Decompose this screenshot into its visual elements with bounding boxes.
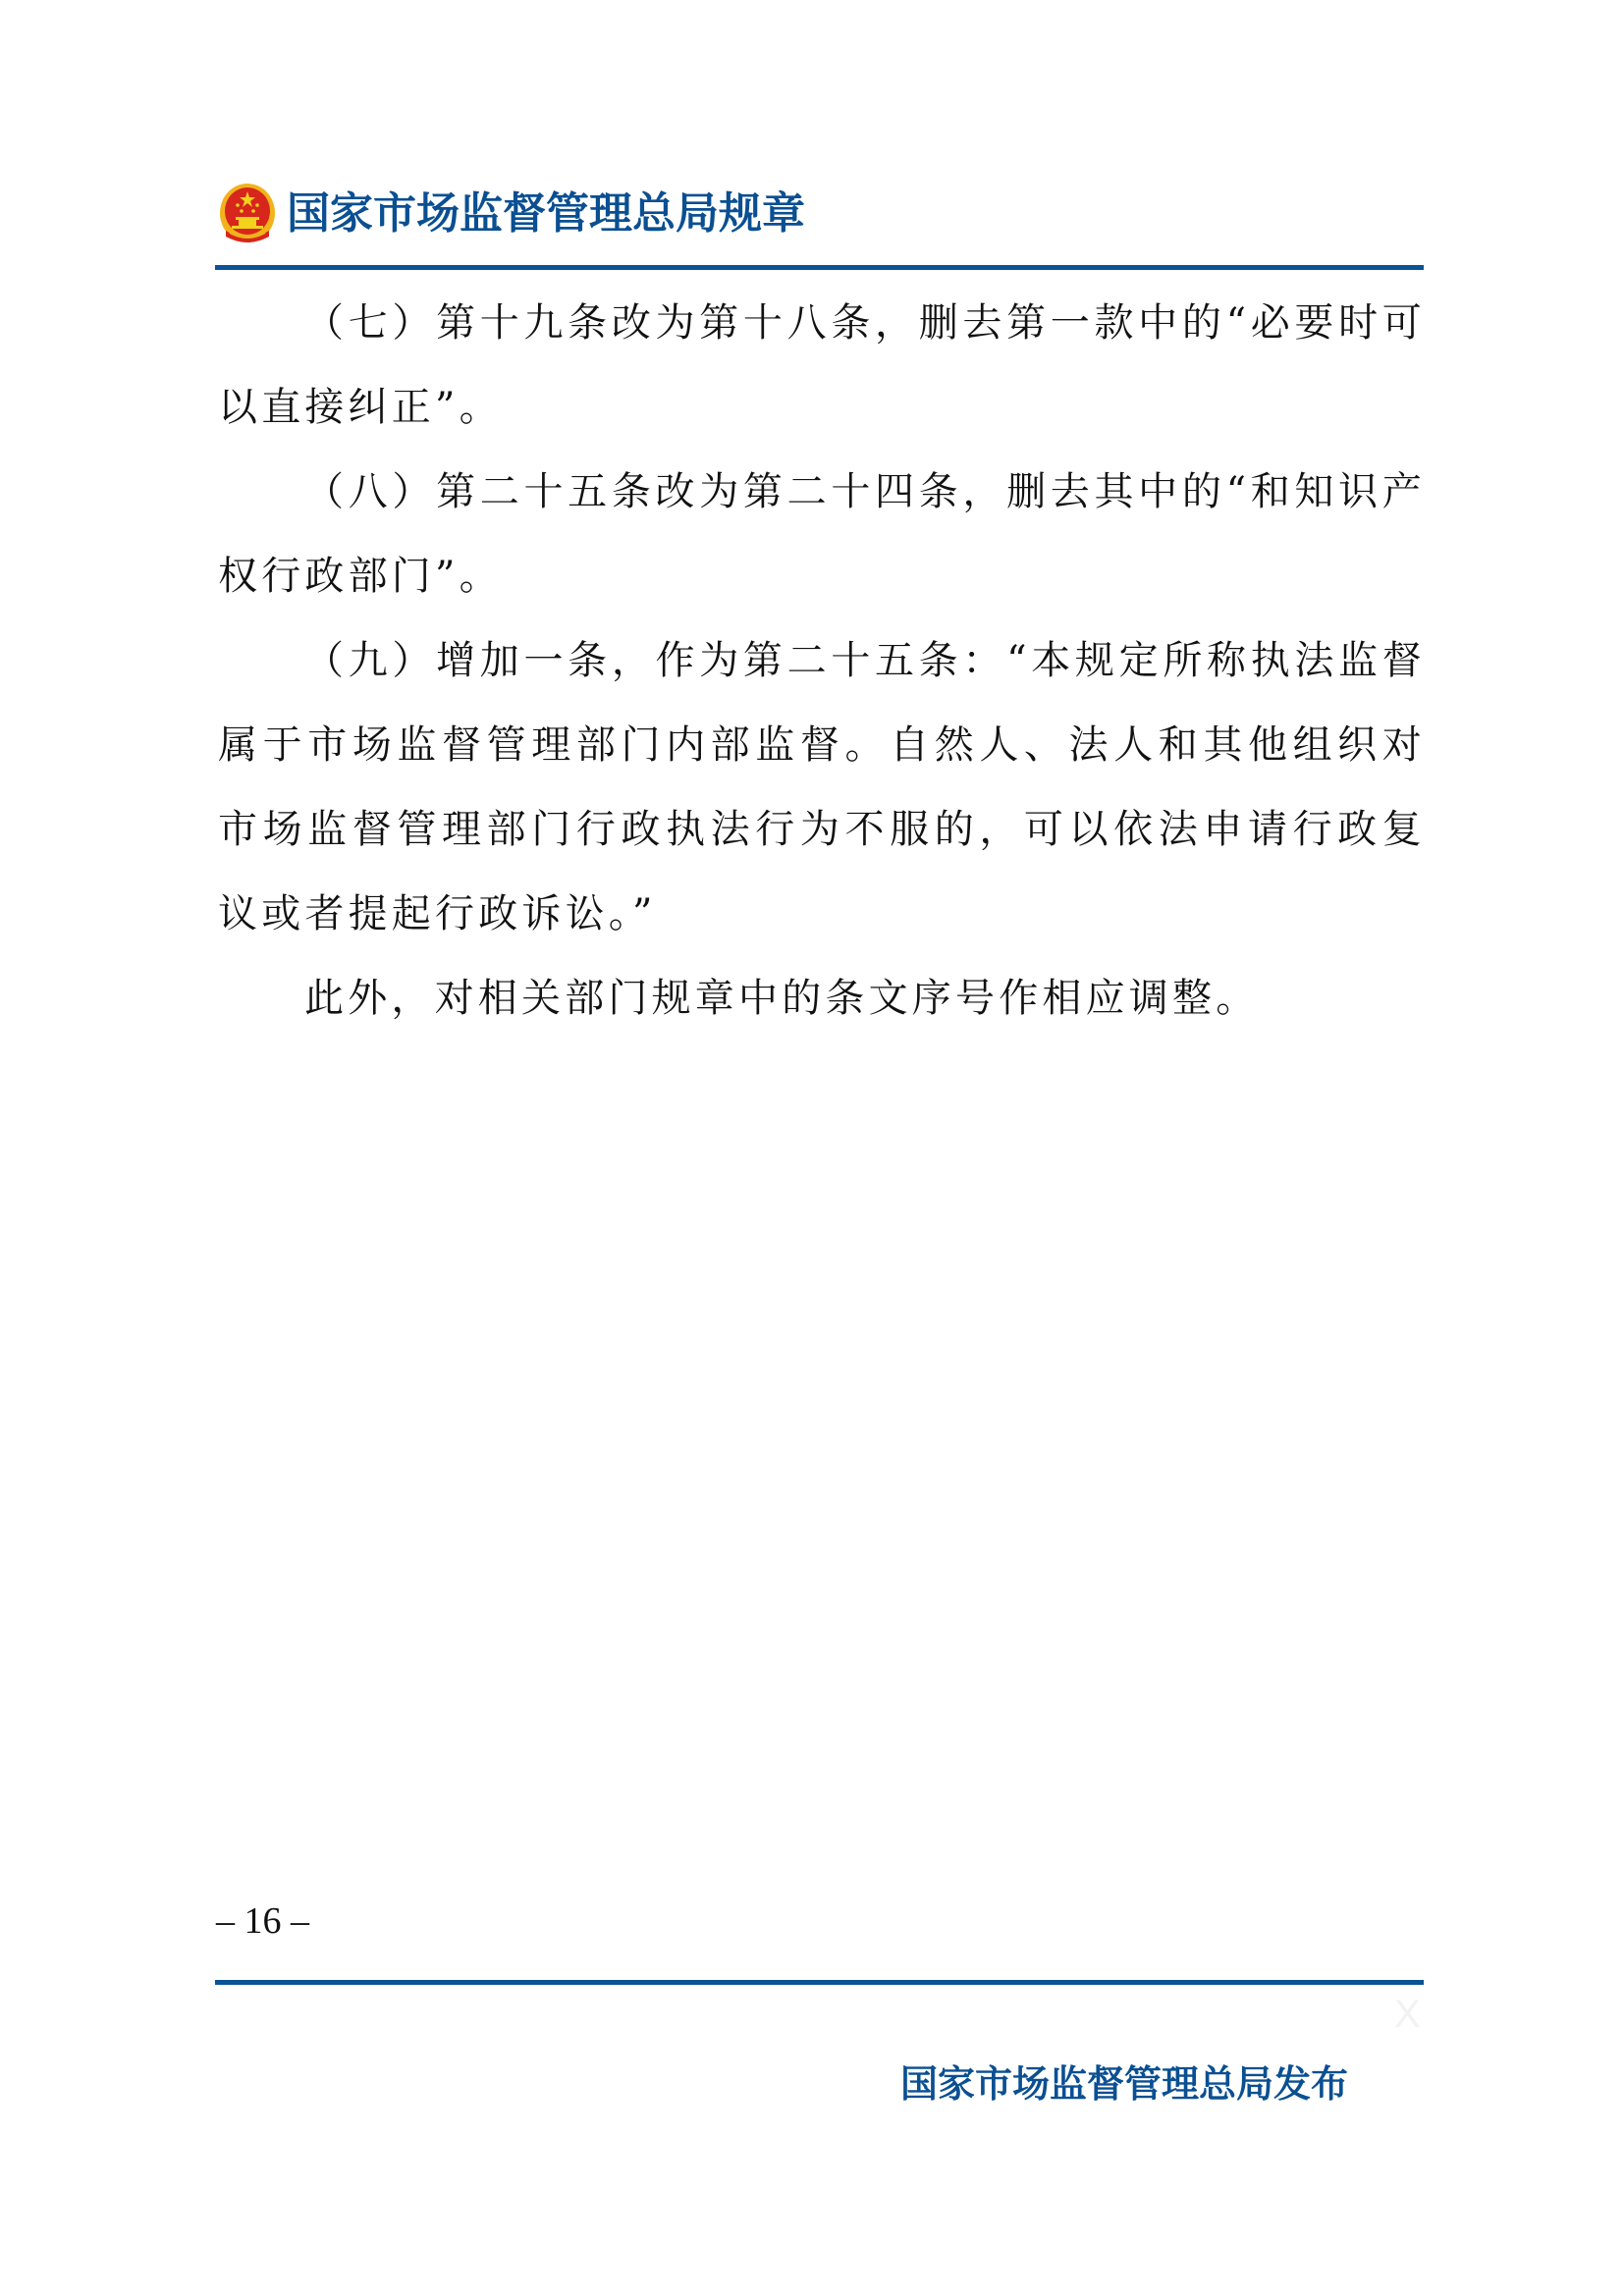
document-series-title: 国家市场监督管理总局规章 (287, 192, 805, 236)
header-divider (215, 265, 1424, 270)
closing-note: 此外，对相关部门规章中的条文序号作相应调整。 (218, 956, 1426, 1041)
page-number: – 16 – (216, 1899, 309, 1943)
document-body: （七）第十九条改为第十八条，删去第一款中的“必要时可以直接纠正”。 （八）第二十… (218, 281, 1426, 1041)
footer-divider (215, 1980, 1424, 1985)
amendment-item-7: （七）第十九条改为第十八条，删去第一款中的“必要时可以直接纠正”。 (218, 281, 1426, 450)
amendment-item-9: （九）增加一条，作为第二十五条：“本规定所称执法监督属于市场监督管理部门内部监督… (218, 618, 1426, 956)
national-emblem-icon (218, 182, 277, 246)
amendment-item-8: （八）第二十五条改为第二十四条，删去其中的“和知识产权行政部门”。 (218, 450, 1426, 618)
watermark-mark: X (1394, 1993, 1421, 2037)
document-header: 国家市场监督管理总局规章 (218, 183, 805, 245)
publisher-label: 国家市场监督管理总局发布 (900, 2054, 1348, 2108)
